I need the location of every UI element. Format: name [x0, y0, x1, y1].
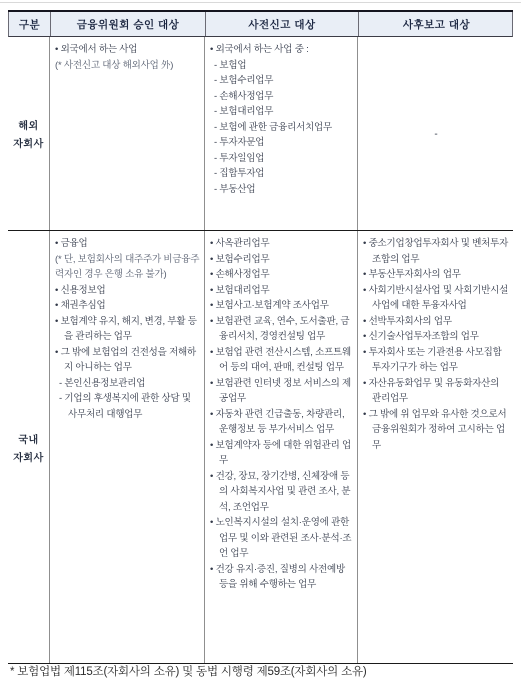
cell-line: • 보험관련 인터넷 정보 서비스의 제공업무	[210, 376, 353, 407]
cell-line: • 중소기업창업투자회사 및 벤처투자조합의 업무	[363, 236, 509, 267]
cell-line: - 손해사정업무	[214, 89, 353, 105]
row-label-line: 국내	[18, 431, 38, 446]
table-header-row: 구분 금융위원회 승인 대상 사전신고 대상 사후보고 대상	[8, 12, 513, 37]
cell-line: - 집합투자업	[214, 166, 353, 182]
cell-line: • 노인복지시설의 설치·운영에 관한 업무 및 이와 관련된 조사·분석·조언…	[210, 515, 353, 562]
cell-line: • 선박투자회사의 업무	[363, 314, 509, 330]
cell-overseas-prior-report: • 외국에서 하는 사업 중 :- 보험업- 보험수리업무- 손해사정업무- 보…	[205, 37, 358, 230]
cell-line: • 건강, 장묘, 장기간병, 신체장애 등의 사회복지사업 및 관련 조사, …	[210, 469, 353, 516]
header-fsc-approval: 금융위원회 승인 대상	[51, 12, 206, 36]
header-category: 구분	[9, 12, 51, 36]
cell-line: (* 사전신고 대상 해외사업 外)	[55, 58, 200, 74]
cell-line: - 기업의 후생복지에 관한 상담 및 사무처리 대행업무	[59, 391, 200, 422]
cell-line: • 보험계약자 등에 대한 위험관리 업무	[210, 438, 353, 469]
cell-line: • 자동차 관련 긴급출동, 차량관리, 운행정보 등 부가서비스 업무	[210, 407, 353, 438]
cell-line: • 자산유동화업무 및 유동화자산의 관리업무	[363, 376, 509, 407]
cell-line: - 투자일임업	[214, 151, 353, 167]
cell-line: - 보험에 관한 금융리서치업무	[214, 120, 353, 136]
empty-dash: -	[434, 129, 437, 140]
header-prior-report: 사전신고 대상	[206, 12, 359, 36]
cell-line: • 투자회사 또는 기관전용 사모집합투자기구가 하는 업무	[363, 345, 509, 376]
cell-line: • 보험수리업무	[210, 252, 353, 268]
document-page: 구분 금융위원회 승인 대상 사전신고 대상 사후보고 대상 해외 자회사 • …	[0, 0, 521, 700]
cell-line: - 보험수리업무	[214, 73, 353, 89]
cell-line: • 보험관련 교육, 연수, 도서출판, 금융리서치, 경영컨설팅 업무	[210, 314, 353, 345]
cell-line: • 그 밖에 보험업의 건전성을 저해하지 아니하는 업무	[55, 345, 200, 376]
cell-line: - 보험대리업무	[214, 104, 353, 120]
cell-line: • 신용정보업	[55, 283, 200, 299]
cell-line: • 보험대리업무	[210, 283, 353, 299]
cell-overseas-approval: • 외국에서 하는 사업(* 사전신고 대상 해외사업 外)	[50, 37, 205, 230]
header-post-report: 사후보고 대상	[359, 12, 514, 36]
footnote: * 보험업법 제115조(자회사의 소유) 및 동법 시행령 제59조(자회사의…	[10, 663, 515, 679]
row-label-line: 해외	[18, 117, 38, 132]
page-top-rule	[0, 2, 521, 3]
cell-domestic-post-report: • 중소기업창업투자회사 및 벤처투자조합의 업무• 부동산투자회사의 업무• …	[358, 231, 513, 663]
row-label-line: 자회사	[13, 135, 43, 150]
cell-line: - 본인신용정보관리업	[59, 376, 200, 392]
cell-line: • 사옥관리업무	[210, 236, 353, 252]
cell-domestic-approval: • 금융업(* 단, 보험회사의 대주주가 비금융주력자인 경우 은행 소유 불…	[50, 231, 205, 663]
cell-line: • 건강 유지·증진, 질병의 사전예방 등을 위해 수행하는 업무	[210, 562, 353, 593]
row-label-overseas: 해외 자회사	[8, 37, 50, 230]
table-row-overseas-subsidiary: 해외 자회사 • 외국에서 하는 사업(* 사전신고 대상 해외사업 外) • …	[8, 37, 513, 230]
cell-line: (* 단, 보험회사의 대주주가 비금융주력자인 경우 은행 소유 불가)	[55, 252, 200, 283]
cell-line: - 투자자문업	[214, 135, 353, 151]
cell-line: • 보험계약 유지, 해지, 변경, 부활 등을 관리하는 업무	[55, 314, 200, 345]
row-label-domestic: 국내 자회사	[8, 231, 50, 663]
cell-domestic-prior-report: • 사옥관리업무• 보험수리업무• 손해사정업무• 보험대리업무• 보험사고·보…	[205, 231, 358, 663]
cell-line: - 보험업	[214, 58, 353, 74]
cell-line: • 부동산투자회사의 업무	[363, 267, 509, 283]
cell-line: • 채권추심업	[55, 298, 200, 314]
cell-line: • 그 밖에 위 업무와 유사한 것으로서 금융위원회가 정하여 고시하는 업무	[363, 407, 509, 454]
cell-line: • 손해사정업무	[210, 267, 353, 283]
cell-line: • 신기술사업투자조합의 업무	[363, 329, 509, 345]
cell-line: • 사회기반시설사업 및 사회기반시설사업에 대한 투융자사업	[363, 283, 509, 314]
cell-line: • 보험업 관련 전산시스템, 소프트웨어 등의 대여, 판매, 컨설팅 업무	[210, 345, 353, 376]
subsidiary-regulation-table: 구분 금융위원회 승인 대상 사전신고 대상 사후보고 대상 해외 자회사 • …	[8, 10, 513, 664]
table-row-domestic-subsidiary: 국내 자회사 • 금융업(* 단, 보험회사의 대주주가 비금융주력자인 경우 …	[8, 230, 513, 663]
cell-line: • 외국에서 하는 사업	[55, 42, 200, 58]
cell-line: - 부동산업	[214, 182, 353, 198]
cell-line: • 외국에서 하는 사업 중 :	[210, 42, 353, 58]
cell-line: • 보험사고·보험계약 조사업무	[210, 298, 353, 314]
cell-line: • 금융업	[55, 236, 200, 252]
row-label-line: 자회사	[13, 449, 43, 464]
cell-overseas-post-report: -	[358, 37, 513, 230]
